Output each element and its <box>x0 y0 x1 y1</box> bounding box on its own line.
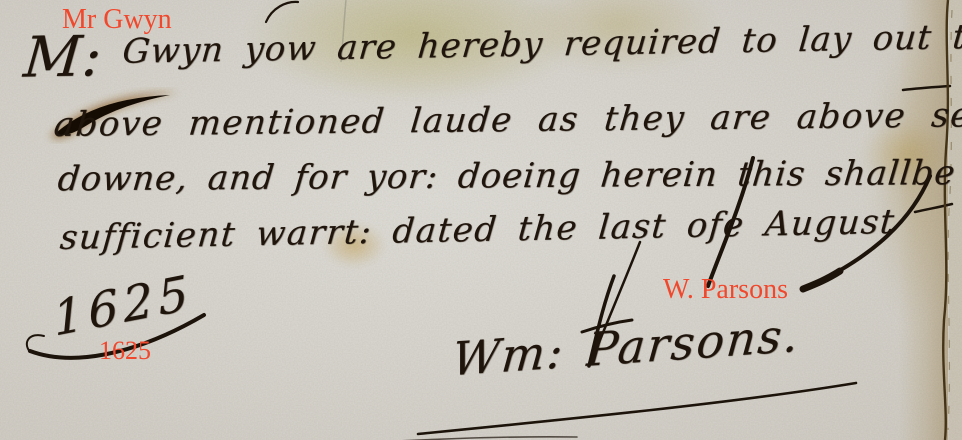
annotation-1625: 1625 <box>99 336 151 366</box>
manuscript-line-4: sufficient warrt: dated the last ofe Aug… <box>58 202 897 258</box>
page-edge-line <box>943 0 948 440</box>
manuscript-line-1: M:Gwyn yow are hereby required to lay ou… <box>22 15 962 81</box>
annotation-w-parsons: W. Parsons <box>663 274 788 306</box>
manuscript-line-2: above mentioned laude as they are above … <box>52 95 962 145</box>
manuscript-line-3: downe, and for yor: doeing herein this s… <box>56 153 962 200</box>
manuscript-line-1-text: Gwyn yow are hereby required to lay out … <box>121 16 962 72</box>
beyond-edge-strip <box>949 0 962 440</box>
signature-handwritten: Wm: Parsons. <box>450 308 802 387</box>
manuscript-line-1-initial: M: <box>22 35 104 81</box>
page-edge-rough-line <box>948 10 952 430</box>
manuscript-page: M:Gwyn yow are hereby required to lay ou… <box>0 0 962 440</box>
year-handwritten: 1625 <box>51 264 195 347</box>
